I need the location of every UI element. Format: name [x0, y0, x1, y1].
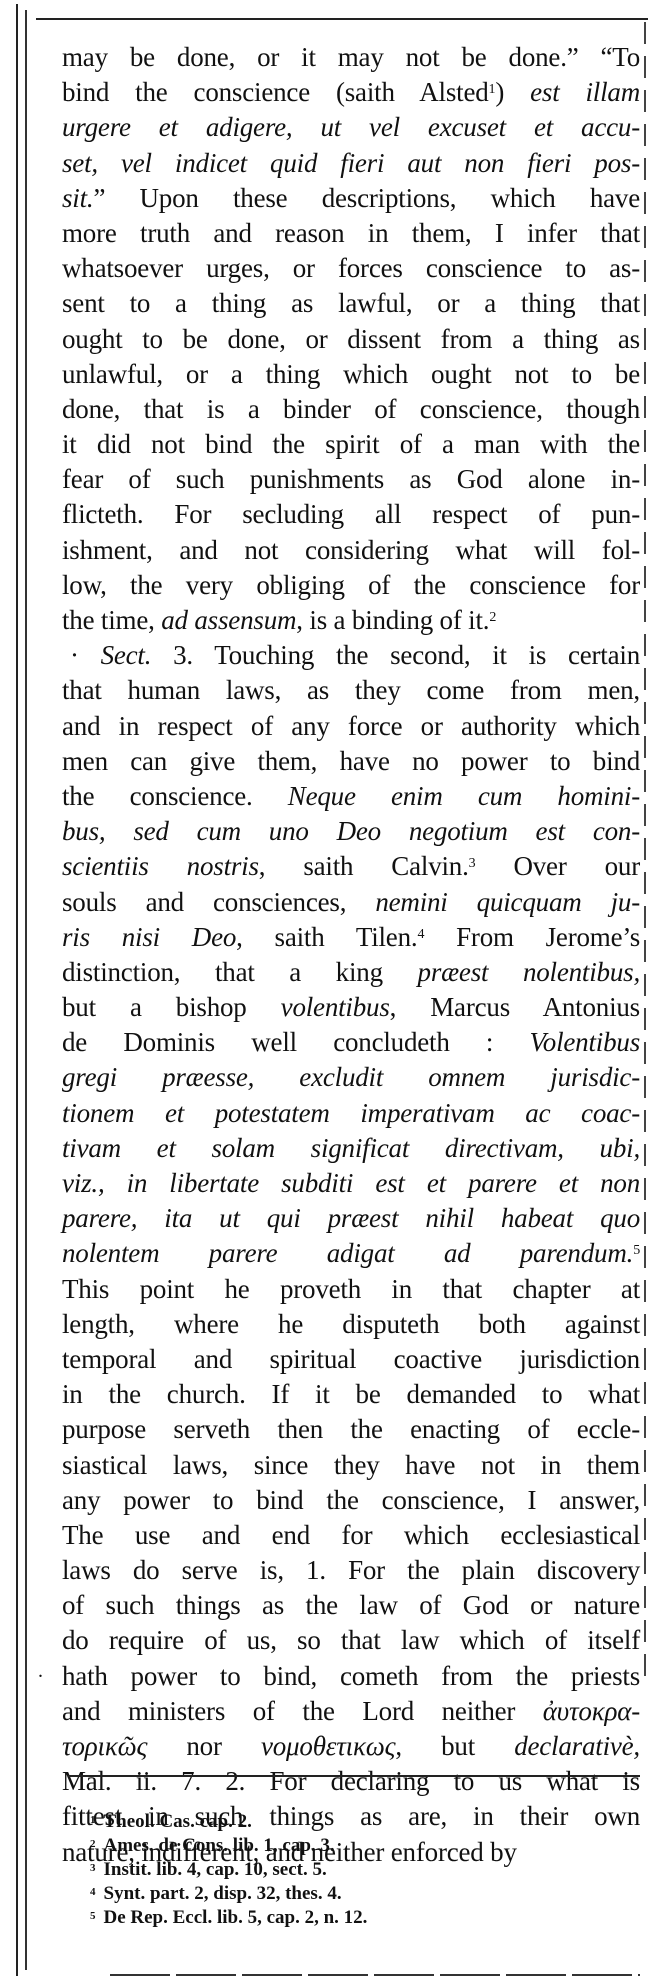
text-run: From Jerome’s: [424, 922, 640, 952]
footnotes: 1Theol. Cas. cap. 2.2Ames. de Cons. lib.…: [90, 1810, 367, 1930]
text-run: but a bishop: [62, 992, 281, 1022]
text-run: ·: [70, 640, 101, 670]
text-run: Mal. ii. 7. 2. For declaring to us what …: [62, 1766, 640, 1796]
text-line: of such things as the law of God or natu…: [62, 1588, 640, 1623]
footnote-item: 2Ames. de Cons. lib. 1, cap. 3.: [90, 1834, 367, 1858]
footnote-number: 4: [90, 1886, 96, 1898]
text-line: temporal and spiritual coactive jurisdic…: [62, 1342, 640, 1377]
italic-text: νομοθετικως: [261, 1731, 395, 1761]
page-border-left-outer: [16, 4, 18, 1976]
footnote-text: Instit. lib. 4, cap. 10, sect. 5.: [104, 1859, 327, 1880]
text-line: and in respect of any force or authority…: [62, 709, 640, 744]
text-run: siastical laws, since they have not in t…: [62, 1450, 640, 1480]
text-run: men can give them, have no power to bind: [62, 746, 640, 776]
footnote-text: Theol. Cas. cap. 2.: [104, 1811, 252, 1832]
text-line: This point he proveth in that chapter at: [62, 1272, 640, 1307]
header-rule: [36, 18, 648, 20]
text-run: This point he proveth in that chapter at: [62, 1274, 640, 1304]
text-line: bind the conscience (saith Alsted1) est …: [62, 75, 640, 110]
italic-text: viz., in libertate subditi est et parere…: [62, 1168, 640, 1198]
text-run: that human laws, as they come from men,: [62, 675, 640, 705]
text-run: in the church. If it be demanded to what: [62, 1379, 640, 1409]
text-run: more truth and reason in them, I infer t…: [62, 218, 640, 248]
text-line: τορικῶς nor νομοθετικως, but declarativè…: [62, 1729, 640, 1764]
text-line: length, where he disputeth both against: [62, 1307, 640, 1342]
footnote-item: 1Theol. Cas. cap. 2.: [90, 1810, 367, 1834]
text-line: Mal. ii. 7. 2. For declaring to us what …: [62, 1764, 640, 1799]
text-line: that human laws, as they come from men,: [62, 673, 640, 708]
text-line: · Sect. 3. Touching the second, it is ce…: [62, 638, 640, 673]
text-line: siastical laws, since they have not in t…: [62, 1448, 640, 1483]
text-line: nolentem parere adigat ad parendum.5: [62, 1236, 640, 1271]
text-line: urgere et adigere, ut vel excuset et acc…: [62, 110, 640, 145]
italic-text: set, vel indicet quid fieri aut non fier…: [62, 148, 640, 178]
footnote-number: 5: [90, 1910, 96, 1922]
text-line: souls and consciences, nemini quicquam j…: [62, 885, 640, 920]
text-run: nor: [147, 1731, 261, 1761]
text-line: parere, ita ut qui præest nihil habeat q…: [62, 1201, 640, 1236]
footnote-ref: 3: [469, 856, 476, 871]
footnote-text: Ames. de Cons. lib. 1, cap. 3.: [104, 1835, 335, 1856]
text-run: do require of us, so that law which of i…: [62, 1625, 640, 1655]
text-run: ishment, and not considering what will f…: [62, 535, 640, 565]
footnote-ref: 4: [417, 927, 424, 942]
text-line: in the church. If it be demanded to what: [62, 1377, 640, 1412]
text-run: souls and consciences,: [62, 887, 375, 917]
text-run: length, where he disputeth both against: [62, 1309, 640, 1339]
footnote-item: 4Synt. part. 2, disp. 32, thes. 4.: [90, 1882, 367, 1906]
footnote-item: 3Instit. lib. 4, cap. 10, sect. 5.: [90, 1858, 367, 1882]
text-line: The use and end for which ecclesiastical: [62, 1518, 640, 1553]
footnote-number: 2: [90, 1838, 96, 1850]
text-run: temporal and spiritual coactive jurisdic…: [62, 1344, 640, 1374]
footnote-ref: 1: [489, 82, 496, 97]
italic-text: bus, sed cum uno Deo negotium est con-: [62, 816, 640, 846]
text-run: , is a binding of it.: [296, 605, 489, 635]
text-run: it did not bind the spirit of a man with…: [62, 429, 640, 459]
text-line: purpose serveth then the enacting of ecc…: [62, 1412, 640, 1447]
text-run: ” Upon these descriptions, which have: [93, 183, 640, 213]
text-run: fear of such punishments as God alone in…: [62, 464, 640, 494]
italic-text: nolentem parere adigat ad parendum.: [62, 1238, 633, 1268]
text-line: de Dominis well concludeth : Volentibus: [62, 1025, 640, 1060]
text-line: bus, sed cum uno Deo negotium est con-: [62, 814, 640, 849]
text-run: , saith Tilen.: [236, 922, 417, 952]
text-run: done, that is a binder of conscience, th…: [62, 394, 640, 424]
text-run: de Dominis well concludeth :: [62, 1027, 530, 1057]
footnote-number: 3: [90, 1862, 96, 1874]
italic-text: Neque enim cum homini-: [288, 781, 640, 811]
text-line: whatsoever urges, or forces conscience t…: [62, 251, 640, 286]
text-run: of such things as the law of God or natu…: [62, 1590, 640, 1620]
text-line: done, that is a binder of conscience, th…: [62, 392, 640, 427]
text-run: bind the conscience (saith Alsted: [62, 77, 489, 107]
text-line: ought to be done, or dissent from a thin…: [62, 322, 640, 357]
italic-text: Sect.: [101, 640, 152, 670]
footnote-text: Synt. part. 2, disp. 32, thes. 4.: [104, 1883, 342, 1904]
text-line: unlawful, or a thing which ought not to …: [62, 357, 640, 392]
text-run: ought to be done, or dissent from a thin…: [62, 324, 640, 354]
italic-text: declarativè,: [514, 1731, 640, 1761]
italic-text: est illam: [530, 77, 640, 107]
footnote-text: De Rep. Eccl. lib. 5, cap. 2, n. 12.: [104, 1907, 368, 1928]
text-line: and ministers of the Lord neither ἀυτοκρ…: [62, 1694, 640, 1729]
text-line: viz., in libertate subditi est et parere…: [62, 1166, 640, 1201]
text-line: hath power to bind, cometh from the prie…: [62, 1659, 640, 1694]
italic-text: tivam et solam significat directivam, ub…: [62, 1133, 640, 1163]
text-line: low, the very obliging of the conscience…: [62, 568, 640, 603]
text-line: sent to a thing as lawful, or a thing th…: [62, 286, 640, 321]
text-run: the conscience.: [62, 781, 288, 811]
text-run: 3. Touching the second, it is certain: [151, 640, 640, 670]
text-run: low, the very obliging of the conscience…: [62, 570, 640, 600]
italic-text: ἀυτοκρα-: [543, 1696, 640, 1726]
italic-text: præest nolentibus,: [418, 957, 640, 987]
text-run: sent to a thing as lawful, or a thing th…: [62, 288, 640, 318]
text-run: purpose serveth then the enacting of ecc…: [62, 1414, 640, 1444]
italic-text: ris nisi Deo: [62, 922, 236, 952]
text-run: ): [495, 77, 530, 107]
text-line: any power to bind the conscience, I answ…: [62, 1483, 640, 1518]
text-line: distinction, that a king præest nolentib…: [62, 955, 640, 990]
italic-text: scientiis nostris: [62, 851, 259, 881]
bottom-rule: [110, 1974, 640, 1976]
text-line: flicteth. For secluding all respect of p…: [62, 497, 640, 532]
text-run: Over our: [475, 851, 640, 881]
footnote-ref: 2: [489, 610, 496, 625]
text-run: , Marcus Antonius: [390, 992, 640, 1022]
text-run: any power to bind the conscience, I answ…: [62, 1485, 640, 1515]
footnote-number: 1: [90, 1814, 96, 1826]
text-run: the time,: [62, 605, 161, 635]
text-run: , saith Calvin.: [259, 851, 469, 881]
page-border-left-inner: [25, 10, 27, 1970]
body-text: may be done, or it may not be done.” “To…: [62, 40, 640, 1870]
text-line: tionem et potestatem imperativam ac coac…: [62, 1096, 640, 1131]
text-line: but a bishop volentibus, Marcus Antonius: [62, 990, 640, 1025]
text-run: hath power to bind, cometh from the prie…: [62, 1661, 640, 1691]
text-run: , but: [395, 1731, 514, 1761]
text-run: distinction, that a king: [62, 957, 418, 987]
stray-mark: .: [38, 1660, 43, 1683]
text-line: scientiis nostris, saith Calvin.3 Over o…: [62, 849, 640, 884]
italic-text: gregi præesse, excludit omnem jurisdic-: [62, 1062, 640, 1092]
text-line: laws do serve is, 1. For the plain disco…: [62, 1553, 640, 1588]
italic-text: Volentibus: [530, 1027, 641, 1057]
text-line: ishment, and not considering what will f…: [62, 533, 640, 568]
italic-text: tionem et potestatem imperativam ac coac…: [62, 1098, 640, 1128]
italic-text: ad assensum: [161, 605, 296, 635]
text-run: The use and end for which ecclesiastical: [62, 1520, 640, 1550]
italic-text: parere, ita ut qui præest nihil habeat q…: [62, 1203, 640, 1233]
italic-text: volentibus: [281, 992, 390, 1022]
text-run: flicteth. For secluding all respect of p…: [62, 499, 640, 529]
text-line: fear of such punishments as God alone in…: [62, 462, 640, 497]
italic-text: urgere et adigere, ut vel excuset et acc…: [62, 112, 640, 142]
text-line: sit.” Upon these descriptions, which hav…: [62, 181, 640, 216]
text-line: gregi præesse, excludit omnem jurisdic-: [62, 1060, 640, 1095]
text-line: the conscience. Neque enim cum homini-: [62, 779, 640, 814]
italic-text: sit.: [62, 183, 93, 213]
text-line: set, vel indicet quid fieri aut non fier…: [62, 146, 640, 181]
footnote-rule: [68, 1775, 640, 1777]
text-line: it did not bind the spirit of a man with…: [62, 427, 640, 462]
text-run: laws do serve is, 1. For the plain disco…: [62, 1555, 640, 1585]
footnote-ref: 5: [633, 1243, 640, 1258]
text-line: do require of us, so that law which of i…: [62, 1623, 640, 1658]
text-line: tivam et solam significat directivam, ub…: [62, 1131, 640, 1166]
text-run: and in respect of any force or authority…: [62, 711, 640, 741]
text-line: may be done, or it may not be done.” “To: [62, 40, 640, 75]
text-line: men can give them, have no power to bind: [62, 744, 640, 779]
text-run: may be done, or it may not be done.” “To: [62, 42, 640, 72]
italic-text: nemini quicquam ju-: [375, 887, 640, 917]
text-run: whatsoever urges, or forces conscience t…: [62, 253, 640, 283]
text-run: and ministers of the Lord neither: [62, 1696, 543, 1726]
footnote-item: 5De Rep. Eccl. lib. 5, cap. 2, n. 12.: [90, 1906, 367, 1930]
text-line: the time, ad assensum, is a binding of i…: [62, 603, 640, 638]
page-border-right: [644, 22, 646, 1682]
text-line: more truth and reason in them, I infer t…: [62, 216, 640, 251]
italic-text: τορικῶς: [62, 1731, 147, 1761]
text-run: unlawful, or a thing which ought not to …: [62, 359, 640, 389]
text-line: ris nisi Deo, saith Tilen.4 From Jerome’…: [62, 920, 640, 955]
